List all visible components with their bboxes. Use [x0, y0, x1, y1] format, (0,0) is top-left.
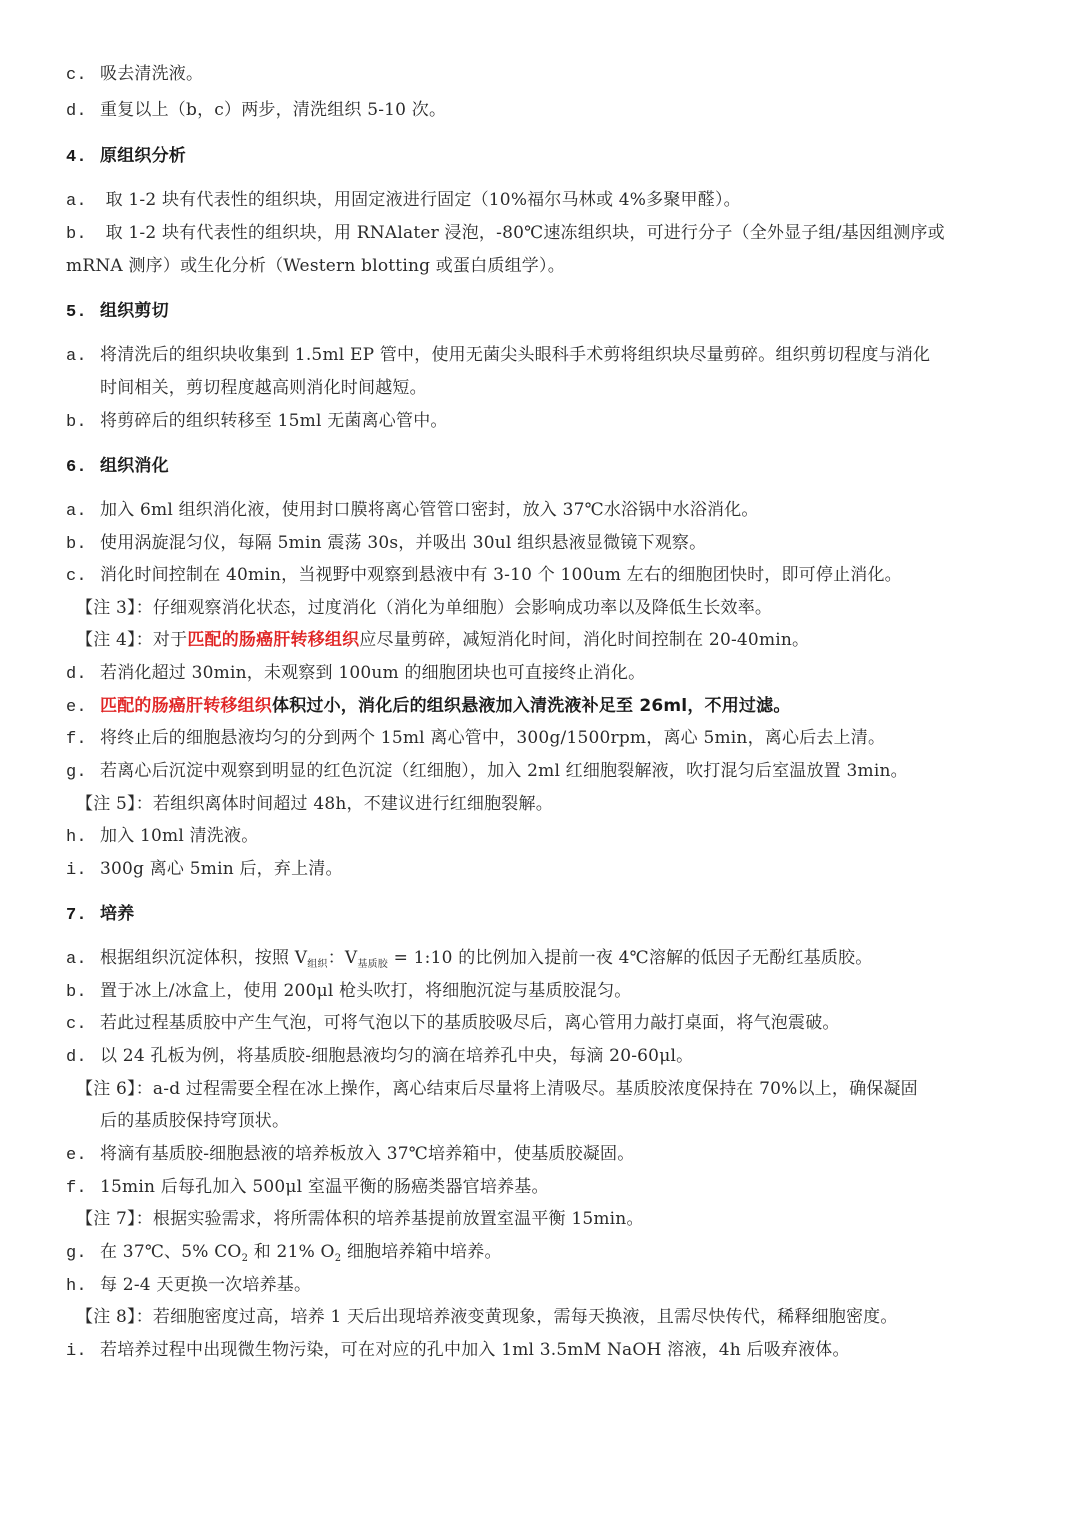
item-text: 取 1-2 块有代表性的组织块，用 RNAlater 浸泡，-80℃速冻组织块，… — [100, 223, 945, 243]
list-item: d.若消化超过 30min，未观察到 100um 的细胞团块也可直接终止消化。 — [66, 661, 645, 687]
item-text: 吸去清洗液。 — [100, 64, 203, 84]
list-item: b.使用涡旋混匀仪，每隔 5min 震荡 30s，并吸出 30ul 组织悬液显微… — [66, 531, 706, 557]
item-text: 每 2-4 天更换一次培养基。 — [100, 1275, 311, 1295]
item-label: a. — [66, 190, 100, 214]
item-label: a. — [66, 345, 100, 369]
highlight-text: 匹配的肠癌肝转移组织 — [100, 696, 272, 716]
item-text: 和 21% O — [248, 1242, 335, 1262]
section-heading: 4.原组织分析 — [66, 144, 186, 170]
list-item: d.以 24 孔板为例，将基质胶-细胞悬液均匀的滴在培养孔中央，每滴 20-60… — [66, 1044, 693, 1070]
item-text: 加入 6ml 组织消化液，使用封口膜将离心管管口密封，放入 37℃水浴锅中水浴消… — [100, 500, 759, 520]
note: 【注 4】：对于匹配的肠癌肝转移组织应尽量剪碎，减短消化时间，消化时间控制在 2… — [76, 628, 809, 652]
list-item: i.若培养过程中出现微生物污染，可在对应的孔中加入 1ml 3.5mM NaOH… — [66, 1338, 850, 1364]
note: 【注 6】：a-d 过程需要全程在冰上操作，离心结束后尽量将上清吸尽。基质胶浓度… — [76, 1077, 918, 1101]
item-text: 若此过程基质胶中产生气泡，可将气泡以下的基质胶吸尽后，离心管用力敲打桌面，将气泡… — [100, 1013, 840, 1033]
list-item: f.15min 后每孔加入 500μl 室温平衡的肠癌类器官培养基。 — [66, 1175, 549, 1201]
item-label: h. — [66, 1275, 100, 1299]
item-text: 300g 离心 5min 后，弃上清。 — [100, 859, 343, 879]
item-text: 15min 后每孔加入 500μl 室温平衡的肠癌类器官培养基。 — [100, 1177, 549, 1197]
item-text: 细胞培养箱中培养。 — [341, 1242, 501, 1262]
item-label: d. — [66, 663, 100, 687]
note-text: 【注 4】：对于 — [76, 630, 187, 650]
list-item: b.置于冰上/冰盒上，使用 200μl 枪头吹打，将细胞沉淀与基质胶混匀。 — [66, 979, 631, 1005]
item-text: 使用涡旋混匀仪，每隔 5min 震荡 30s，并吸出 30ul 组织悬液显微镜下… — [100, 533, 706, 553]
section-heading: 5.组织剪切 — [66, 299, 169, 325]
list-item: a.根据组织沉淀体积，按照 V组织：V基质胶 = 1:10 的比例加入提前一夜 … — [66, 946, 872, 977]
list-item: g.在 37℃、5% CO2 和 21% O2 细胞培养箱中培养。 — [66, 1240, 502, 1271]
section-number: 6. — [66, 456, 100, 480]
list-item: a. 取 1-2 块有代表性的组织块，用固定液进行固定（10%福尔马林或 4%多… — [66, 188, 741, 214]
note: 【注 5】：若组织离体时间超过 48h，不建议进行红细胞裂解。 — [76, 792, 553, 816]
item-label: f. — [66, 728, 100, 752]
list-item: a.加入 6ml 组织消化液，使用封口膜将离心管管口密封，放入 37℃水浴锅中水… — [66, 498, 759, 524]
item-label: h. — [66, 826, 100, 850]
item-label: c. — [66, 1013, 100, 1037]
list-item: f.将终止后的细胞悬液均匀的分到两个 15ml 离心管中，300g/1500rp… — [66, 726, 885, 752]
note-text: 应尽量剪碎，减短消化时间，消化时间控制在 20-40min。 — [359, 630, 809, 650]
section-heading: 6.组织消化 — [66, 454, 169, 480]
highlight-text: 匹配的肠癌肝转移组织 — [187, 630, 359, 650]
subscript: 基质胶 — [357, 959, 388, 970]
item-label: e. — [66, 1144, 100, 1168]
item-label: i. — [66, 1340, 100, 1364]
item-text: = 1:10 的比例加入提前一夜 4℃溶解的低因子无酚红基质胶。 — [388, 948, 872, 968]
item-label: g. — [66, 761, 100, 785]
item-continuation: 时间相关，剪切程度越高则消化时间越短。 — [100, 376, 427, 400]
item-label: c. — [66, 64, 100, 88]
item-text: ：V — [328, 948, 358, 968]
item-text: 将剪碎后的组织转移至 15ml 无菌离心管中。 — [100, 411, 448, 431]
subscript: 组织 — [307, 959, 327, 970]
item-text: 将终止后的细胞悬液均匀的分到两个 15ml 离心管中，300g/1500rpm，… — [100, 728, 885, 748]
item-text: 将滴有基质胶-细胞悬液的培养板放入 37℃培养箱中，使基质胶凝固。 — [100, 1144, 634, 1164]
item-label: b. — [66, 223, 100, 247]
item-label: g. — [66, 1242, 100, 1266]
section-title: 组织消化 — [100, 456, 169, 476]
list-item: b.将剪碎后的组织转移至 15ml 无菌离心管中。 — [66, 409, 448, 435]
item-text: 若离心后沉淀中观察到明显的红色沉淀（红细胞），加入 2ml 红细胞裂解液，吹打混… — [100, 761, 908, 781]
note-continuation: 后的基质胶保持穹顶状。 — [100, 1109, 289, 1133]
list-item: d.重复以上（b，c）两步，清洗组织 5-10 次。 — [66, 98, 446, 124]
item-text: 置于冰上/冰盒上，使用 200μl 枪头吹打，将细胞沉淀与基质胶混匀。 — [100, 981, 631, 1001]
item-text: 重复以上（b，c）两步，清洗组织 5-10 次。 — [100, 100, 446, 120]
list-item: i.300g 离心 5min 后，弃上清。 — [66, 857, 343, 883]
note: 【注 8】：若细胞密度过高，培养 1 天后出现培养液变黄现象，需每天换液，且需尽… — [76, 1305, 898, 1329]
list-item: c.若此过程基质胶中产生气泡，可将气泡以下的基质胶吸尽后，离心管用力敲打桌面，将… — [66, 1011, 840, 1037]
note: 【注 7】：根据实验需求，将所需体积的培养基提前放置室温平衡 15min。 — [76, 1207, 644, 1231]
item-continuation: mRNA 测序）或生化分析（Western blotting 或蛋白质组学）。 — [66, 254, 565, 278]
item-label: a. — [66, 948, 100, 972]
item-label: i. — [66, 859, 100, 883]
item-text: 若培养过程中出现微生物污染，可在对应的孔中加入 1ml 3.5mM NaOH 溶… — [100, 1340, 850, 1360]
item-label: c. — [66, 565, 100, 589]
list-item: b. 取 1-2 块有代表性的组织块，用 RNAlater 浸泡，-80℃速冻组… — [66, 221, 945, 247]
item-label: d. — [66, 1046, 100, 1070]
list-item: g.若离心后沉淀中观察到明显的红色沉淀（红细胞），加入 2ml 红细胞裂解液，吹… — [66, 759, 908, 785]
section-number: 4. — [66, 146, 100, 170]
section-title: 原组织分析 — [100, 146, 186, 166]
item-label: d. — [66, 100, 100, 124]
list-item: e.匹配的肠癌肝转移组织体积过小，消化后的组织悬液加入清洗液补足至 26ml，不… — [66, 694, 791, 720]
section-number: 7. — [66, 904, 100, 928]
section-heading: 7.培养 — [66, 902, 134, 928]
section-title: 培养 — [100, 904, 134, 924]
list-item: e.将滴有基质胶-细胞悬液的培养板放入 37℃培养箱中，使基质胶凝固。 — [66, 1142, 634, 1168]
item-label: a. — [66, 500, 100, 524]
list-item: a.将清洗后的组织块收集到 1.5ml EP 管中，使用无菌尖头眼科手术剪将组织… — [66, 343, 930, 369]
list-item: c.消化时间控制在 40min，当视野中观察到悬液中有 3-10 个 100um… — [66, 563, 902, 589]
item-text: 消化时间控制在 40min，当视野中观察到悬液中有 3-10 个 100um 左… — [100, 565, 902, 585]
item-label: b. — [66, 411, 100, 435]
item-text: 根据组织沉淀体积，按照 V — [100, 948, 307, 968]
list-item: h.每 2-4 天更换一次培养基。 — [66, 1273, 311, 1299]
item-label: b. — [66, 981, 100, 1005]
item-text: 若消化超过 30min，未观察到 100um 的细胞团块也可直接终止消化。 — [100, 663, 645, 683]
item-text: 将清洗后的组织块收集到 1.5ml EP 管中，使用无菌尖头眼科手术剪将组织块尽… — [100, 345, 930, 365]
item-text: 在 37℃、5% CO — [100, 1242, 242, 1262]
bold-text: 体积过小，消化后的组织悬液加入清洗液补足至 26ml，不用过滤。 — [272, 696, 791, 716]
section-title: 组织剪切 — [100, 301, 169, 321]
list-item: c.吸去清洗液。 — [66, 62, 203, 88]
note: 【注 3】：仔细观察消化状态，过度消化（消化为单细胞）会影响成功率以及降低生长效… — [76, 596, 772, 620]
item-label: b. — [66, 533, 100, 557]
section-number: 5. — [66, 301, 100, 325]
item-text: 加入 10ml 清洗液。 — [100, 826, 258, 846]
item-text: 以 24 孔板为例，将基质胶-细胞悬液均匀的滴在培养孔中央，每滴 20-60μl… — [100, 1046, 693, 1066]
item-label: e. — [66, 696, 100, 720]
item-text: 取 1-2 块有代表性的组织块，用固定液进行固定（10%福尔马林或 4%多聚甲醛… — [100, 190, 741, 210]
item-label: f. — [66, 1177, 100, 1201]
list-item: h.加入 10ml 清洗液。 — [66, 824, 258, 850]
